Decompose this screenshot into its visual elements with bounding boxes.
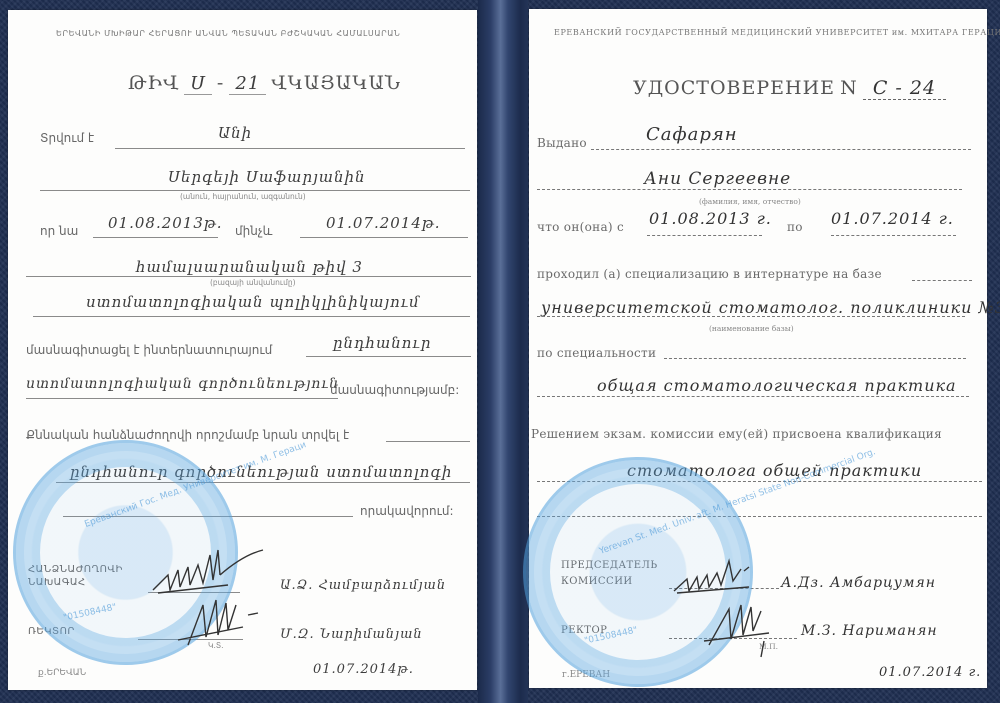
certificate-title: ԹԻՎ Ս - 21 ՎԿԱՅԱԿԱՆ	[128, 72, 401, 94]
stamp-place-label: Կ.Տ.	[208, 641, 224, 650]
base-name-field: университетской стоматолог. поликлиники …	[541, 298, 1000, 317]
number-sign: N	[840, 77, 858, 99]
internship-label: проходил (а) специализацию в интернатуре…	[537, 267, 882, 281]
qualification-suffix: որակավորում:	[360, 504, 453, 518]
from-label: որ նա	[40, 224, 78, 238]
chair-label-1: ПРЕДСЕДАТЕЛЬ	[561, 560, 658, 571]
issue-date: 01.07.2014 г.	[879, 665, 981, 680]
title-prefix: ԹԻՎ	[128, 72, 179, 94]
right-page-russian: ЕРЕВАНСКИЙ ГОСУДАРСТВЕННЫЙ МЕДИЦИНСКИЙ У…	[529, 9, 987, 688]
institution-field: համալսարանական թիվ 3	[136, 258, 363, 276]
chair-label-2: КОМИССИИ	[561, 576, 633, 587]
chair-name: Ա.Ձ. Համբարձումյան	[280, 578, 446, 593]
chair-label-2: ՆԱԽԱԳԱՀ	[28, 577, 86, 588]
institution-caption: (բազայի անվանումը)	[210, 278, 296, 287]
specialty-field-1: ընդհանուր	[333, 334, 431, 352]
title-suffix: ՎԿԱՅԱԿԱՆ	[271, 72, 401, 94]
rector-name: Մ.Զ. Նարիմանյան	[280, 627, 423, 642]
book-spine	[478, 0, 528, 703]
specialty-field: общая стоматологическая практика	[597, 376, 957, 395]
date-from-field: 01.08.2013 г.	[649, 209, 772, 228]
from-label: что он(она) с	[537, 220, 624, 234]
to-label: մինչև	[235, 224, 272, 238]
chair-signature	[669, 549, 799, 659]
qualification-field: стоматолога общей практики	[627, 461, 922, 480]
full-name-caption: (անուն, հայրանուն, ազգանուն)	[180, 192, 306, 201]
base-caption: (наименование базы)	[709, 324, 794, 333]
name-caption: (фамилия, имя, отчество)	[699, 197, 801, 206]
cert-number: 21	[229, 73, 266, 95]
university-header: ЕРЕВАНСКИЙ ГОСУДАРСТВЕННЫЙ МЕДИЦИНСКИЙ У…	[554, 28, 1000, 37]
name-patronymic-field: Ани Сергеевне	[644, 169, 791, 189]
chair-label-1: ՀԱՆՁՆԱԺՈՂՈՎԻ	[28, 564, 123, 575]
specialized-label: մասնագիտացել է ինտերնատուրայում	[26, 343, 272, 357]
official-stamp	[523, 457, 753, 687]
certificate-title: УДОСТОВЕРЕНИЕ N С - 24	[633, 77, 946, 99]
rector-label: ՌԵԿՏՈՐ	[28, 626, 75, 637]
city-label: г.ЕРЕВАН	[562, 670, 610, 680]
specialty-label: по специальности	[537, 346, 656, 360]
date-to-field: 01.07.2014թ.	[326, 214, 441, 232]
specialty-suffix: մասնագիտությամբ:	[330, 383, 459, 397]
title-text: УДОСТОВЕРЕНИЕ	[633, 77, 835, 99]
stamp-number: "01508448"	[63, 602, 118, 623]
first-name-field: Անի	[218, 124, 252, 142]
rector-name: М.З. Нариманян	[801, 623, 938, 639]
institution-field-2: ստոմատոլոգիական պոլիկլինիկայում	[86, 293, 420, 311]
date-to-field: 01.07.2014 г.	[831, 209, 954, 228]
issue-date: 01.07.2014թ.	[313, 662, 414, 677]
date-from-field: 01.08.2013թ.	[108, 214, 223, 232]
decision-label: Решением экзам. комиссии ему(ей) присвое…	[531, 427, 942, 441]
cert-number: С - 24	[863, 77, 946, 100]
stamp-place-label: М.П.	[759, 642, 778, 651]
issued-label: Տրվում է	[40, 131, 94, 145]
cert-series: Ս	[184, 73, 211, 95]
specialty-field-2: ստոմատոլոգիական գործունեություն	[26, 376, 339, 392]
university-header: ԵՐԵՎԱՆԻ ՄԽԻԹԱՐ ՀԵՐԱՑՈՒ ԱՆՎԱՆ ՊԵՏԱԿԱՆ ԲԺՇ…	[56, 29, 400, 38]
city-label: ք.ԵՐԵՎԱՆ	[38, 668, 86, 678]
surname-field: Сафарян	[646, 124, 738, 145]
commission-label: Քննական հանձնաժողովի որոշմամբ նրան տրվել…	[26, 428, 349, 442]
left-page-armenian: ԵՐԵՎԱՆԻ ՄԽԻԹԱՐ ՀԵՐԱՑՈՒ ԱՆՎԱՆ ՊԵՏԱԿԱՆ ԲԺՇ…	[8, 10, 477, 690]
issued-label: Выдано	[537, 136, 587, 150]
full-name-field: Սերգեյի Սաֆարյանին	[168, 168, 366, 186]
to-label: по	[787, 220, 803, 234]
chair-name: А.Дз. Амбарцумян	[781, 575, 936, 591]
